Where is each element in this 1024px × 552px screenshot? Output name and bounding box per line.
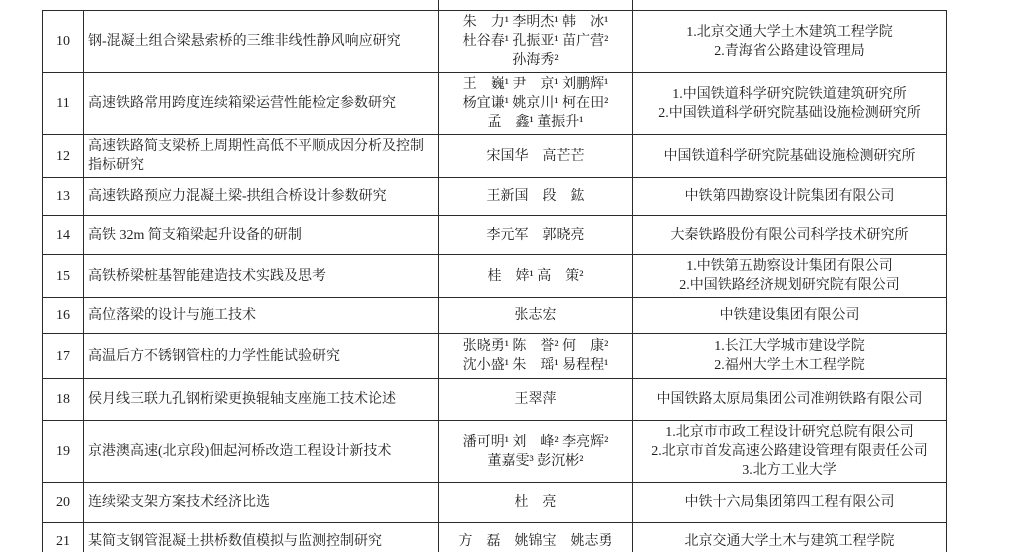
table-row: 20连续梁支架方案技术经济比选杜 亮中铁十六局集团第四工程有限公司: [43, 483, 947, 523]
table-row: 21某简支钢管混凝土拱桥数值模拟与监测控制研究方 磊 姚锦宝 姚志勇北京交通大学…: [43, 523, 947, 552]
author-line: 王 巍¹ 尹 京¹ 刘鹏辉¹: [443, 75, 628, 94]
institution-line: 1.北京交通大学土木建筑工程学院: [637, 23, 942, 42]
paper-number: 15: [43, 255, 84, 298]
paper-institutions: 中国铁道科学研究院基础设施检测研究所: [633, 135, 947, 178]
document-page: 10钢-混凝土组合梁悬索桥的三维非线性静风响应研究朱 力¹ 李明杰¹ 韩 冰¹杜…: [0, 0, 1024, 552]
author-line: 董嘉雯³ 彭沉彬²: [443, 452, 628, 471]
paper-number: 11: [43, 73, 84, 135]
paper-title: 高速铁路简支梁桥上周期性高低不平顺成因分析及控制指标研究: [84, 135, 439, 178]
paper-institutions: 大秦铁路股份有限公司科学技术研究所: [633, 216, 947, 255]
author-line: 桂 婞¹ 高 策²: [443, 267, 628, 286]
table-row: 15高铁桥梁桩基智能建造技术实践及思考桂 婞¹ 高 策²1.中铁第五勘察设计集团…: [43, 255, 947, 298]
author-line: 朱 力¹ 李明杰¹ 韩 冰¹: [443, 13, 628, 32]
paper-authors: 王翠萍: [439, 379, 633, 421]
paper-title: 连续梁支架方案技术经济比选: [84, 483, 439, 523]
table-row: 16高位落梁的设计与施工技术张志宏中铁建设集团有限公司: [43, 298, 947, 334]
institution-line: 2.中国铁道科学研究院基础设施检测研究所: [637, 104, 942, 123]
papers-table: 10钢-混凝土组合梁悬索桥的三维非线性静风响应研究朱 力¹ 李明杰¹ 韩 冰¹杜…: [42, 10, 946, 552]
institution-line: 中铁建设集团有限公司: [637, 306, 942, 325]
paper-authors: 杜 亮: [439, 483, 633, 523]
author-line: 李元军 郭晓亮: [443, 226, 628, 245]
institution-line: 中铁第四勘察设计院集团有限公司: [637, 187, 942, 206]
paper-title: 高位落梁的设计与施工技术: [84, 298, 439, 334]
paper-number: 13: [43, 178, 84, 216]
paper-title: 高温后方不锈钢管柱的力学性能试验研究: [84, 334, 439, 379]
paper-authors: 王 巍¹ 尹 京¹ 刘鹏辉¹杨宜谦¹ 姚京川¹ 柯在田²孟 鑫¹ 董振升¹: [439, 73, 633, 135]
paper-number: 14: [43, 216, 84, 255]
paper-institutions: 中铁十六局集团第四工程有限公司: [633, 483, 947, 523]
institution-line: 2.北京市首发高速公路建设管理有限责任公司: [637, 442, 942, 461]
paper-number: 10: [43, 11, 84, 73]
paper-authors: 张志宏: [439, 298, 633, 334]
paper-authors: 朱 力¹ 李明杰¹ 韩 冰¹杜谷春¹ 孔振亚¹ 苗广营²孙海秀²: [439, 11, 633, 73]
table-row: 10钢-混凝土组合梁悬索桥的三维非线性静风响应研究朱 力¹ 李明杰¹ 韩 冰¹杜…: [43, 11, 947, 73]
institution-line: 1.中国铁道科学研究院铁道建筑研究所: [637, 85, 942, 104]
paper-authors: 方 磊 姚锦宝 姚志勇: [439, 523, 633, 552]
paper-authors: 王新国 段 鈜: [439, 178, 633, 216]
institution-line: 1.中铁第五勘察设计集团有限公司: [637, 257, 942, 276]
paper-number: 20: [43, 483, 84, 523]
institution-line: 2.青海省公路建设管理局: [637, 42, 942, 61]
institution-line: 大秦铁路股份有限公司科学技术研究所: [637, 226, 942, 245]
institution-line: 3.北方工业大学: [637, 461, 942, 480]
paper-institutions: 北京交通大学土木与建筑工程学院: [633, 523, 947, 552]
table-row: 14高铁 32m 简支箱梁起升设备的研制李元军 郭晓亮大秦铁路股份有限公司科学技…: [43, 216, 947, 255]
paper-number: 18: [43, 379, 84, 421]
paper-authors: 桂 婞¹ 高 策²: [439, 255, 633, 298]
institution-line: 中国铁路太原局集团公司准朔铁路有限公司: [637, 390, 942, 409]
paper-title: 高铁桥梁桩基智能建造技术实践及思考: [84, 255, 439, 298]
table-row: 11高速铁路常用跨度连续箱梁运营性能检定参数研究王 巍¹ 尹 京¹ 刘鹏辉¹杨宜…: [43, 73, 947, 135]
paper-number: 17: [43, 334, 84, 379]
paper-title: 钢-混凝土组合梁悬索桥的三维非线性静风响应研究: [84, 11, 439, 73]
author-line: 王翠萍: [443, 390, 628, 409]
paper-authors: 张晓勇¹ 陈 誉² 何 康²沈小盛¹ 朱 瑶¹ 易程程¹: [439, 334, 633, 379]
author-line: 宋国华 高芒芒: [443, 147, 628, 166]
paper-number: 19: [43, 421, 84, 483]
author-line: 方 磊 姚锦宝 姚志勇: [443, 532, 628, 551]
papers-table-grid: 10钢-混凝土组合梁悬索桥的三维非线性静风响应研究朱 力¹ 李明杰¹ 韩 冰¹杜…: [42, 10, 947, 552]
institution-line: 1.长江大学城市建设学院: [637, 337, 942, 356]
institution-line: 2.中国铁路经济规划研究院有限公司: [637, 276, 942, 295]
paper-institutions: 1.中国铁道科学研究院铁道建筑研究所2.中国铁道科学研究院基础设施检测研究所: [633, 73, 947, 135]
paper-institutions: 1.长江大学城市建设学院2.福州大学土木工程学院: [633, 334, 947, 379]
paper-title: 高速铁路常用跨度连续箱梁运营性能检定参数研究: [84, 73, 439, 135]
table-row: 13高速铁路预应力混凝土梁-拱组合桥设计参数研究王新国 段 鈜中铁第四勘察设计院…: [43, 178, 947, 216]
paper-authors: 李元军 郭晓亮: [439, 216, 633, 255]
paper-title: 京港澳高速(北京段)佃起河桥改造工程设计新技术: [84, 421, 439, 483]
author-line: 沈小盛¹ 朱 瑶¹ 易程程¹: [443, 356, 628, 375]
paper-title: 某简支钢管混凝土拱桥数值模拟与监测控制研究: [84, 523, 439, 552]
author-line: 杨宜谦¹ 姚京川¹ 柯在田²: [443, 94, 628, 113]
paper-number: 16: [43, 298, 84, 334]
author-line: 张志宏: [443, 306, 628, 325]
paper-institutions: 1.北京市市政工程设计研究总院有限公司2.北京市首发高速公路建设管理有限责任公司…: [633, 421, 947, 483]
institution-line: 2.福州大学土木工程学院: [637, 356, 942, 375]
author-line: 孙海秀²: [443, 51, 628, 70]
author-line: 潘可明¹ 刘 峰² 李亮辉²: [443, 433, 628, 452]
papers-table-body: 10钢-混凝土组合梁悬索桥的三维非线性静风响应研究朱 力¹ 李明杰¹ 韩 冰¹杜…: [43, 11, 947, 552]
paper-authors: 潘可明¹ 刘 峰² 李亮辉²董嘉雯³ 彭沉彬²: [439, 421, 633, 483]
institution-line: 中铁十六局集团第四工程有限公司: [637, 493, 942, 512]
paper-institutions: 1.北京交通大学土木建筑工程学院2.青海省公路建设管理局: [633, 11, 947, 73]
paper-title: 侯月线三联九孔钢桁梁更换辊轴支座施工技术论述: [84, 379, 439, 421]
paper-title: 高速铁路预应力混凝土梁-拱组合桥设计参数研究: [84, 178, 439, 216]
institution-line: 1.北京市市政工程设计研究总院有限公司: [637, 423, 942, 442]
paper-title: 高铁 32m 简支箱梁起升设备的研制: [84, 216, 439, 255]
table-row: 17高温后方不锈钢管柱的力学性能试验研究张晓勇¹ 陈 誉² 何 康²沈小盛¹ 朱…: [43, 334, 947, 379]
table-row: 19京港澳高速(北京段)佃起河桥改造工程设计新技术潘可明¹ 刘 峰² 李亮辉²董…: [43, 421, 947, 483]
paper-institutions: 中国铁路太原局集团公司准朔铁路有限公司: [633, 379, 947, 421]
paper-institutions: 中铁第四勘察设计院集团有限公司: [633, 178, 947, 216]
author-line: 孟 鑫¹ 董振升¹: [443, 113, 628, 132]
column-border-stub: [632, 0, 633, 10]
institution-line: 中国铁道科学研究院基础设施检测研究所: [637, 147, 942, 166]
paper-authors: 宋国华 高芒芒: [439, 135, 633, 178]
institution-line: 北京交通大学土木与建筑工程学院: [637, 532, 942, 551]
paper-number: 12: [43, 135, 84, 178]
table-row: 18侯月线三联九孔钢桁梁更换辊轴支座施工技术论述王翠萍中国铁路太原局集团公司准朔…: [43, 379, 947, 421]
author-line: 王新国 段 鈜: [443, 187, 628, 206]
column-border-stub: [438, 0, 439, 10]
author-line: 张晓勇¹ 陈 誉² 何 康²: [443, 337, 628, 356]
author-line: 杜 亮: [443, 493, 628, 512]
paper-number: 21: [43, 523, 84, 552]
paper-institutions: 中铁建设集团有限公司: [633, 298, 947, 334]
paper-institutions: 1.中铁第五勘察设计集团有限公司2.中国铁路经济规划研究院有限公司: [633, 255, 947, 298]
author-line: 杜谷春¹ 孔振亚¹ 苗广营²: [443, 32, 628, 51]
table-row: 12高速铁路简支梁桥上周期性高低不平顺成因分析及控制指标研究宋国华 高芒芒中国铁…: [43, 135, 947, 178]
